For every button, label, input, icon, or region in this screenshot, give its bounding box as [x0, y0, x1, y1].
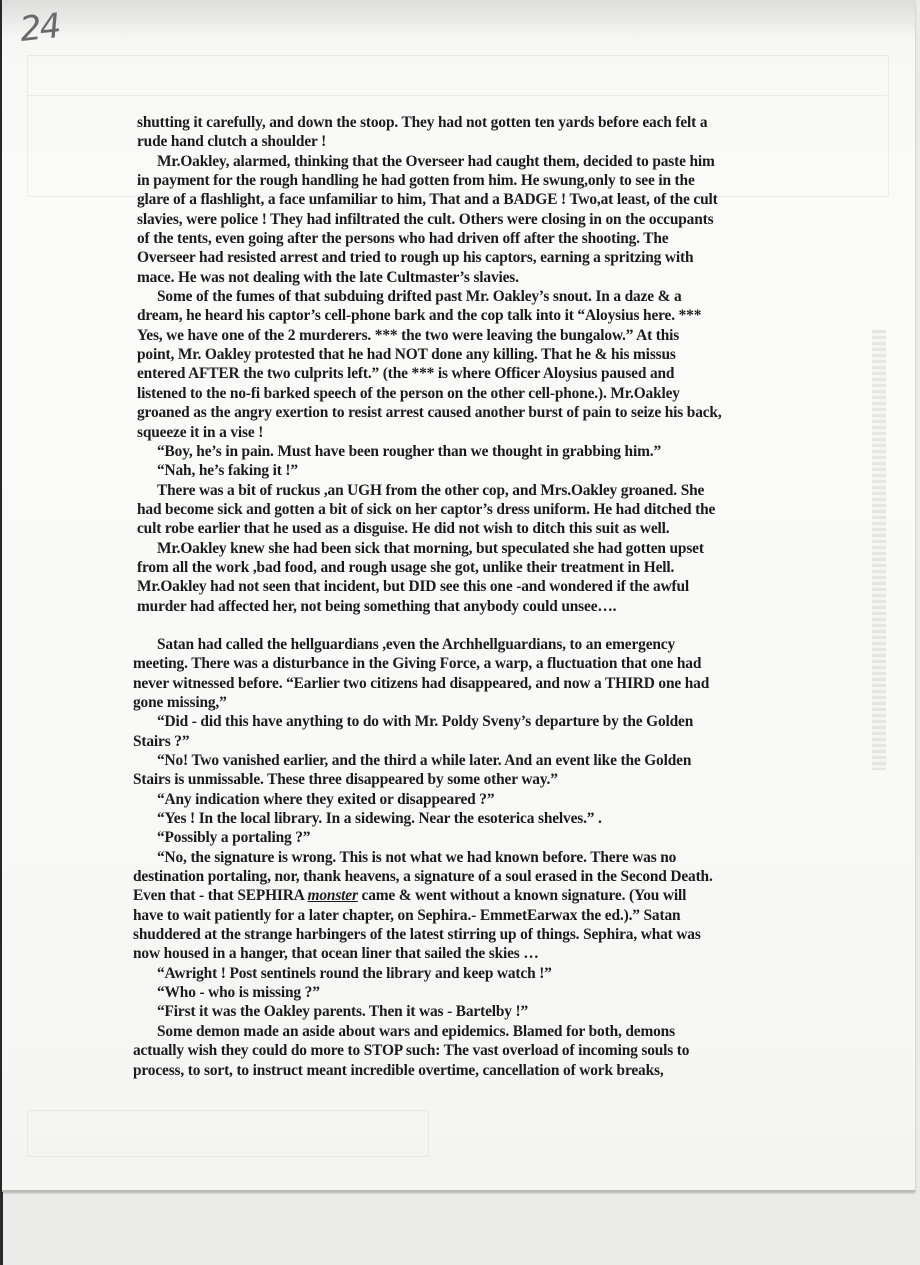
text-span: came & went without a known signature. (… [358, 887, 686, 904]
text-line: Stairs ?” [133, 732, 797, 751]
text-line: glare of a flashlight, a face unfamiliar… [137, 190, 797, 209]
text-line: destination portaling, nor, thank heaven… [133, 867, 797, 886]
emphasized-word: monster [308, 887, 358, 904]
text-line: squeeze it in a vise ! [137, 423, 797, 442]
section-break [137, 616, 797, 635]
text-line: shutting it carefully, and down the stoo… [137, 113, 797, 132]
text-line: dream, he heard his captor’s cell-phone … [137, 306, 797, 325]
bleed-through-box [27, 1110, 429, 1157]
text-line: Mr.Oakley had not seen that incident, bu… [137, 577, 797, 596]
text-line: entered AFTER the two culprits left.” (t… [137, 364, 797, 383]
scanned-page: 24 shutting it carefully, and down the s… [2, 0, 915, 1192]
paragraph-start: There was a bit of ruckus ,an UGH from t… [137, 481, 797, 500]
dialogue-line: “Yes ! In the local library. In a sidewi… [137, 809, 797, 828]
text-line: slavies, were police ! They had infiltra… [137, 210, 797, 229]
paragraph-start: Some of the fumes of that subduing drift… [137, 287, 797, 306]
bleed-through-strip [872, 330, 886, 770]
text-line: process, to sort, to instruct meant incr… [133, 1061, 797, 1080]
text-line: now housed in a hanger, that ocean liner… [133, 944, 797, 963]
text-line: in payment for the rough handling he had… [137, 171, 797, 190]
dialogue-line: “No! Two vanished earlier, and the third… [137, 751, 797, 770]
dialogue-line: “Boy, he’s in pain. Must have been rough… [137, 442, 797, 461]
text-line: listened to the no-fi barked speech of t… [137, 384, 797, 403]
text-line: murder had affected her, not being somet… [137, 597, 797, 616]
paragraph-start: Mr.Oakley knew she had been sick that mo… [137, 539, 797, 558]
text-line: of the tents, even going after the perso… [137, 229, 797, 248]
paragraph-start: Some demon made an aside about wars and … [137, 1022, 797, 1041]
text-line: Yes, we have one of the 2 murderers. ***… [137, 326, 797, 345]
text-line: Overseer had resisted arrest and tried t… [137, 248, 797, 267]
text-line: actually wish they could do more to STOP… [133, 1041, 797, 1060]
text-line: groaned as the angry exertion to resist … [137, 403, 797, 422]
text-line: point, Mr. Oakley protested that he had … [137, 345, 797, 364]
dialogue-line: “Did - did this have anything to do with… [137, 712, 797, 731]
text-line: meeting. There was a disturbance in the … [133, 654, 797, 673]
dialogue-line: “Possibly a portaling ?” [137, 828, 797, 847]
document-body: shutting it carefully, and down the stoo… [137, 113, 797, 1080]
dialogue-line: “Nah, he’s faking it !” [137, 461, 797, 480]
dialogue-line: “Who - who is missing ?” [137, 983, 797, 1002]
dialogue-line: “Awright ! Post sentinels round the libr… [137, 964, 797, 983]
text-span: Even that - that SEPHIRA [133, 887, 308, 904]
dialogue-line: “First it was the Oakley parents. Then i… [137, 1002, 797, 1021]
text-line: shuddered at the strange harbingers of t… [133, 925, 797, 944]
text-line: had become sick and gotten a bit of sick… [137, 500, 797, 519]
paragraph-start: Satan had called the hellguardians ,even… [137, 635, 797, 654]
text-line: gone missing,” [133, 693, 797, 712]
paragraph-start: Mr.Oakley, alarmed, thinking that the Ov… [137, 152, 797, 171]
text-line: mace. He was not dealing with the late C… [137, 268, 797, 287]
text-line: from all the work ,bad food, and rough u… [137, 558, 797, 577]
text-line: cult robe earlier that he used as a disg… [137, 519, 797, 538]
text-line-with-emphasis: Even that - that SEPHIRA monster came & … [133, 886, 797, 905]
scan-smudge [2, 0, 915, 40]
handwritten-page-number: 24 [18, 6, 61, 50]
bleed-through-line [27, 95, 887, 96]
text-line: have to wait patiently for a later chapt… [133, 906, 797, 925]
text-line: never witnessed before. “Earlier two cit… [133, 674, 797, 693]
dialogue-line: “Any indication where they exited or dis… [137, 790, 797, 809]
text-line: Stairs is unmissable. These three disapp… [133, 770, 797, 789]
dialogue-line: “No, the signature is wrong. This is not… [137, 848, 797, 867]
text-line: rude hand clutch a shoulder ! [137, 132, 797, 151]
